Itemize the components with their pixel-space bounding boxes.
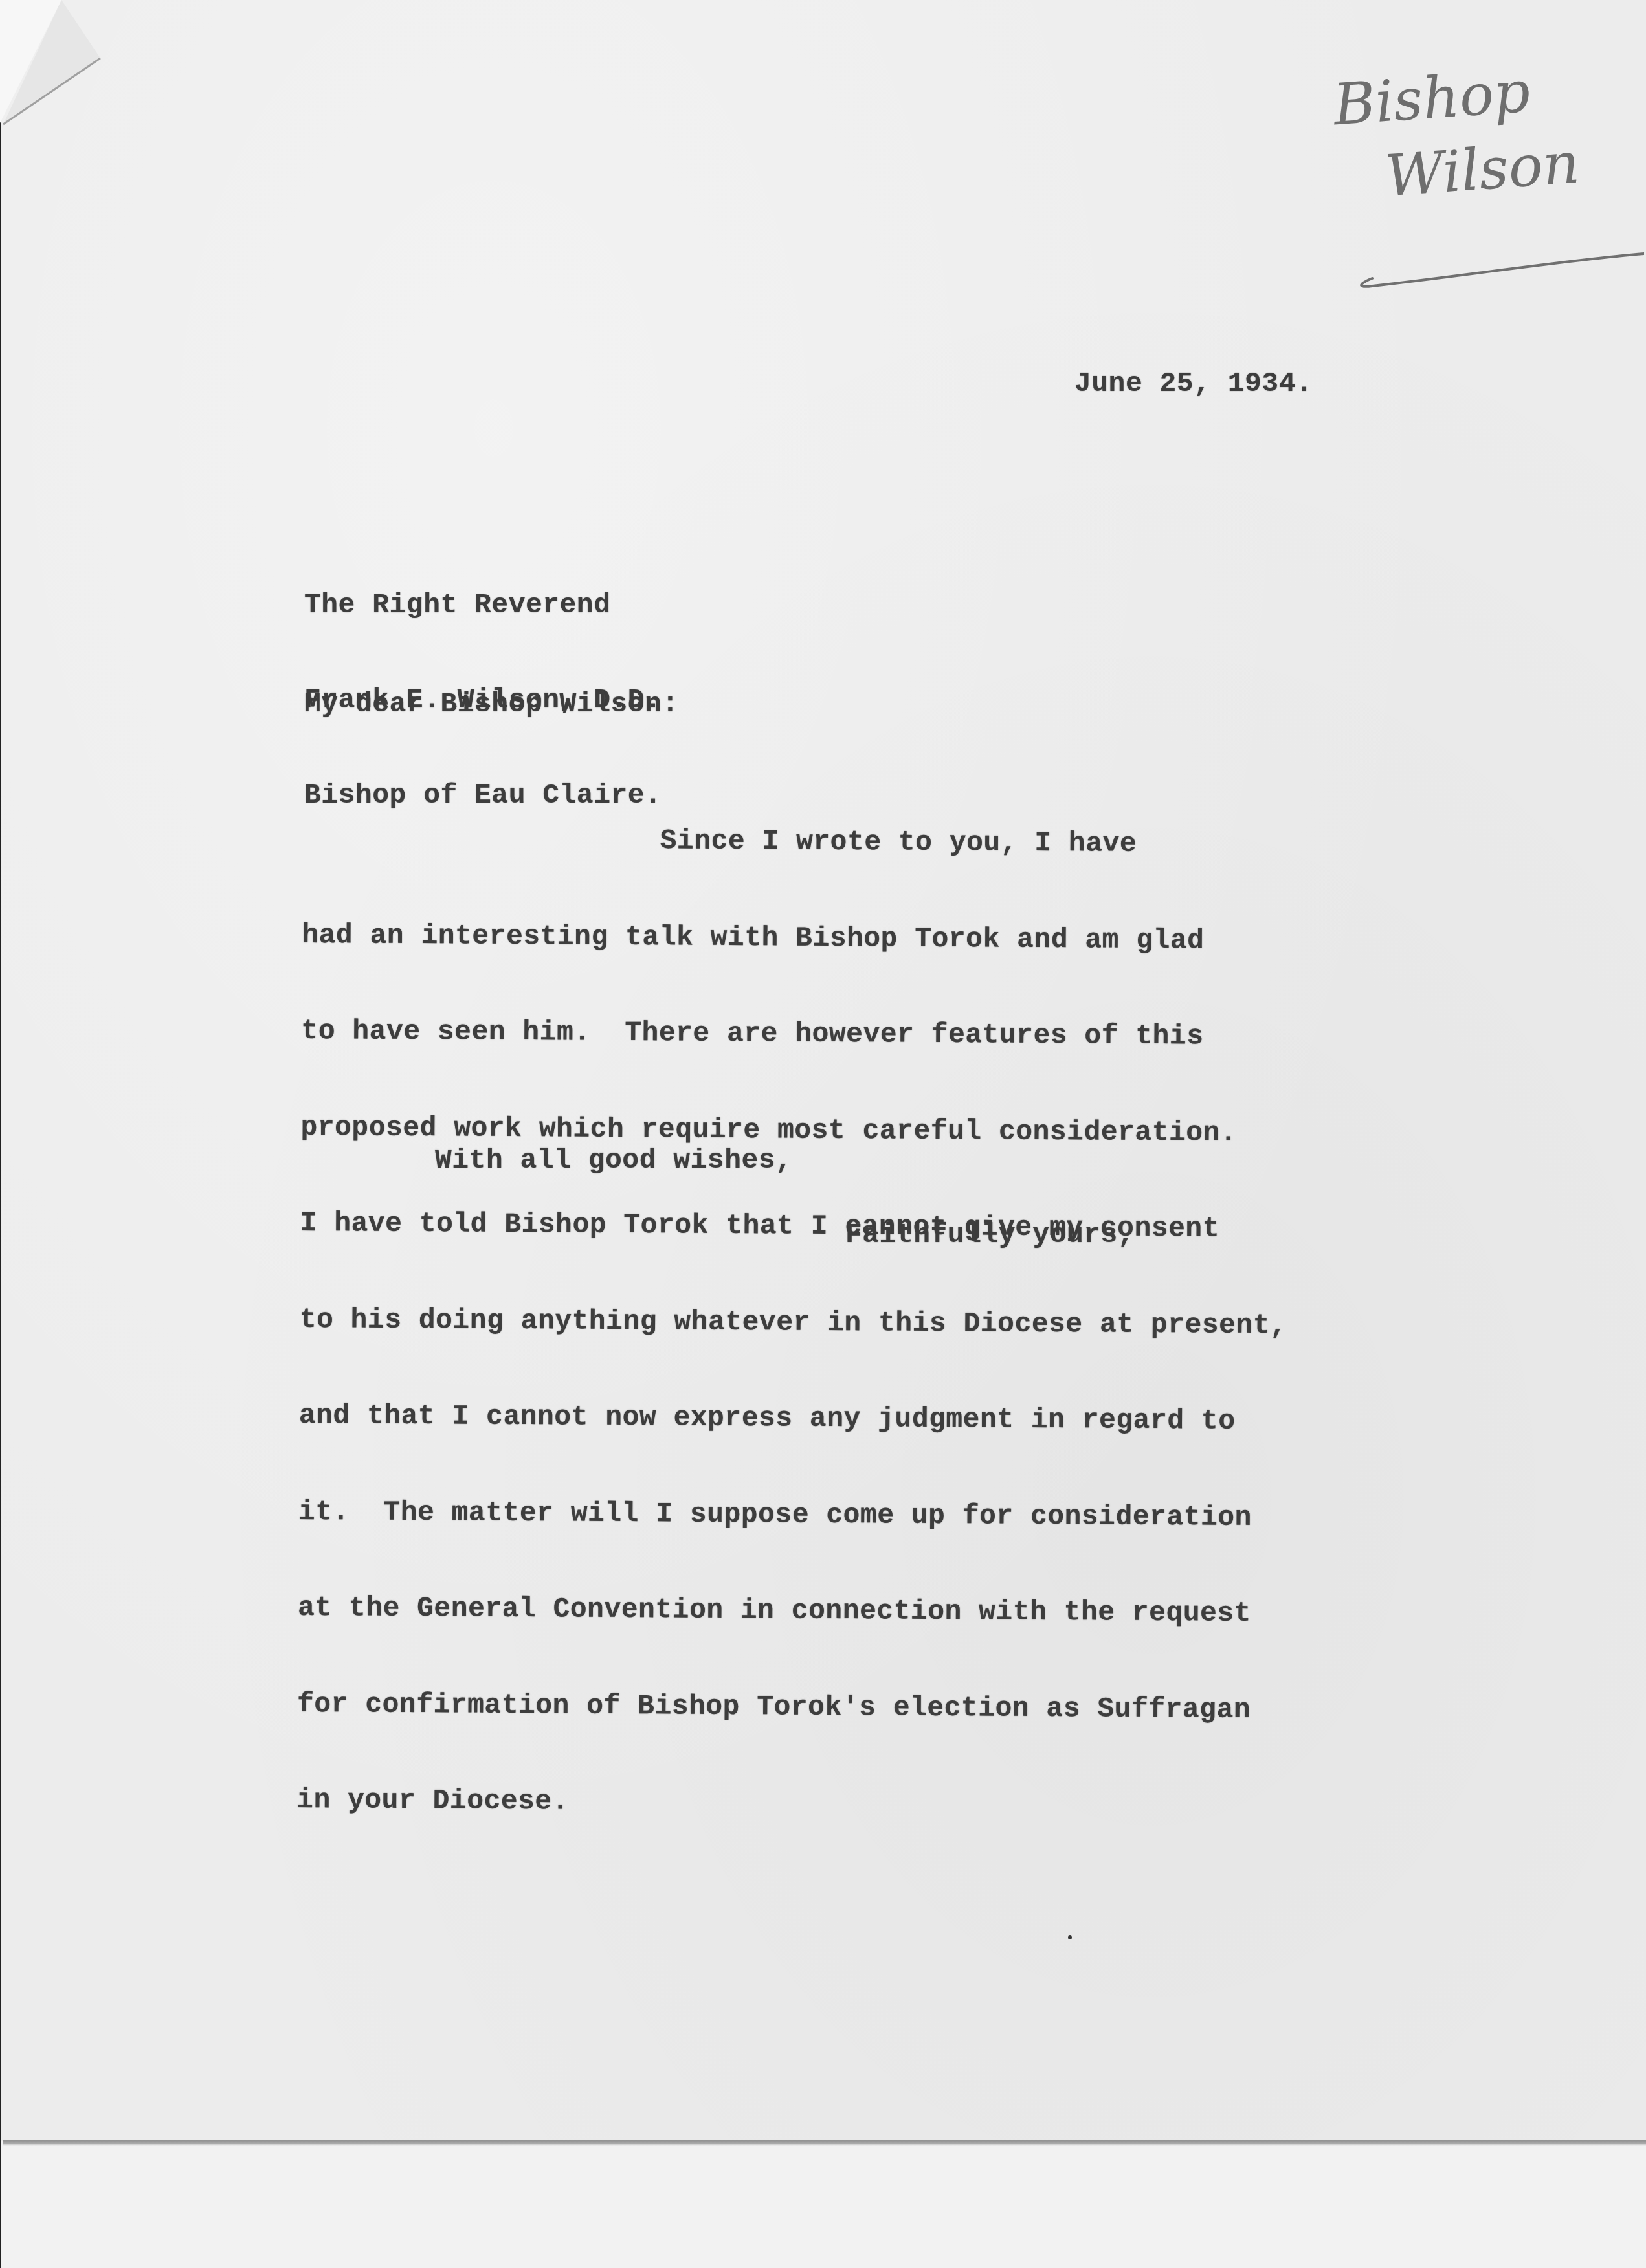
- body-line: to have seen him. There are however feat…: [301, 1015, 1289, 1053]
- closing-line: With all good wishes,: [435, 1144, 792, 1176]
- body-line: proposed work which require most careful…: [300, 1111, 1288, 1149]
- body-line: at the General Convention in connection …: [298, 1592, 1285, 1630]
- recipient-line: The Right Reverend: [304, 589, 662, 621]
- body-line: for confirmation of Bishop Torok's elect…: [297, 1687, 1285, 1726]
- body-line: it. The matter will I suppose come up fo…: [298, 1495, 1286, 1533]
- letter-body: Since I wrote to you, I have had an inte…: [296, 759, 1291, 1854]
- body-line: had an interesting talk with Bishop Toro…: [302, 918, 1289, 957]
- sheet-bottom-edge: [3, 2140, 1646, 2146]
- body-line: Since I wrote to you, I have: [302, 823, 1290, 861]
- ink-speck: [1068, 1935, 1072, 1939]
- body-line: and that I cannot now express any judgme…: [299, 1399, 1287, 1438]
- folded-corner: [0, 0, 104, 126]
- salutation: My dear Bishop Wilson:: [304, 688, 679, 720]
- letter-date: June 25, 1934.: [1074, 368, 1313, 399]
- body-line: I have told Bishop Torok that I cannot g…: [300, 1207, 1287, 1245]
- scan-border: [0, 0, 1, 2268]
- body-line: to his doing anything whatever in this D…: [300, 1303, 1287, 1341]
- body-line: in your Diocese.: [296, 1784, 1284, 1822]
- pencil-underline: [1320, 58, 1644, 304]
- signoff: Faithfully yours,: [845, 1219, 1135, 1251]
